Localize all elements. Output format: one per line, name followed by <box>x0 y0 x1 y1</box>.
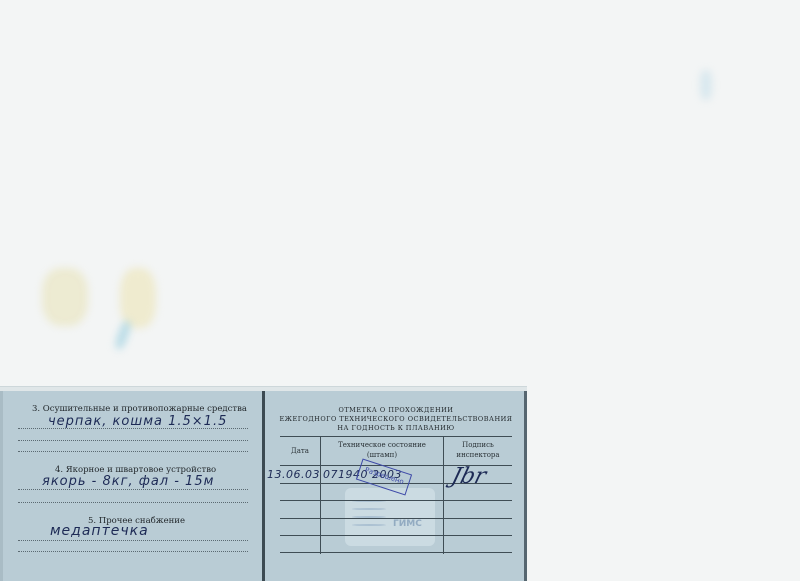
gims-watermark-text: ГИМС <box>393 519 422 529</box>
inspection-header-line-1: ОТМЕТКА О ПРОХОЖДЕНИИ <box>265 406 527 415</box>
section-5-handwritten: медаптечка <box>50 523 149 539</box>
inspection-header-line-3: НА ГОДНОСТЬ К ПЛАВАНИЮ <box>265 424 527 433</box>
row-date: 13.06.03 <box>267 468 320 481</box>
section-3-label: 3. Осушительные и противопожарные средст… <box>32 404 247 414</box>
section-3-handwritten: черпак, кошма 1.5×1.5 <box>48 414 227 429</box>
column-signature: Подпись <box>445 441 511 450</box>
ink-stain <box>113 319 133 351</box>
column-date: Дата <box>280 447 320 456</box>
section-4-handwritten: якорь - 8кг, фал - 15м <box>42 474 214 489</box>
paper-stain <box>42 268 88 326</box>
ink-stain <box>700 70 712 100</box>
inspector-signature: Jbr <box>449 464 489 489</box>
inspection-header-line-2: ЕЖЕГОДНОГО ТЕХНИЧЕСКОГО ОСВИДЕТЕЛЬСТВОВА… <box>265 415 527 424</box>
paper-stain <box>120 268 156 328</box>
column-condition: Техническое состояние <box>322 441 442 450</box>
